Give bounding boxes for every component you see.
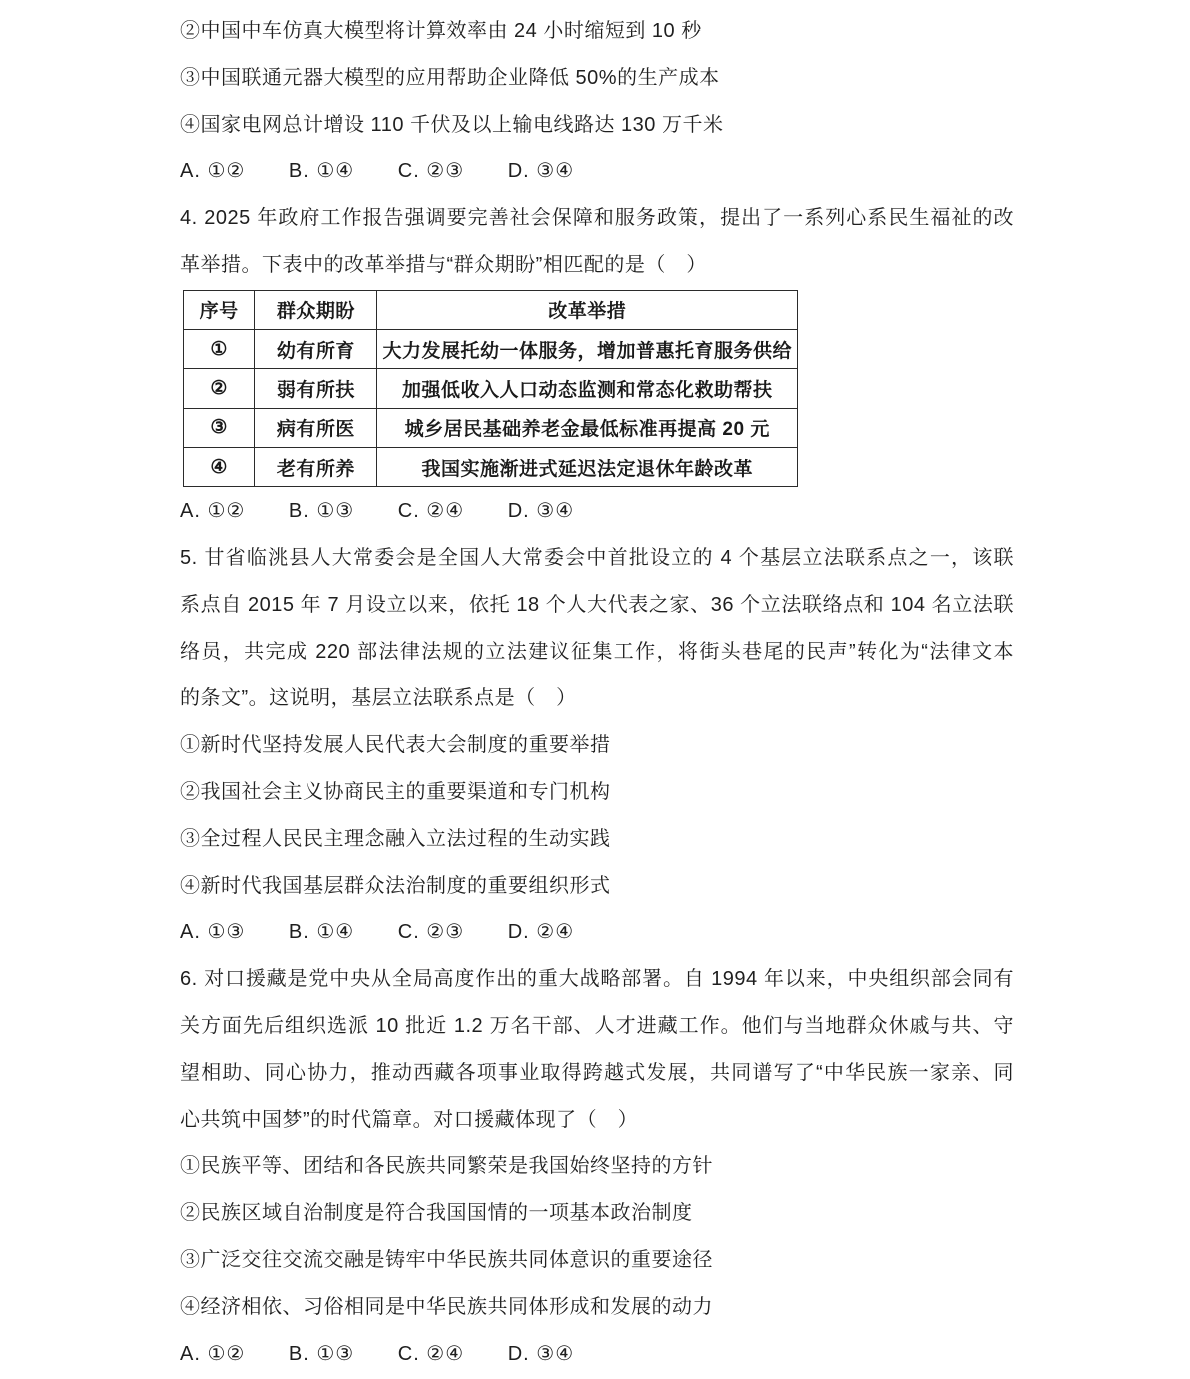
q4-options-row: A. ①② B. ①③ C. ②④ D. ③④ [180, 488, 1014, 535]
statement-line: ②我国社会主义协商民主的重要渠道和专门机构 [180, 769, 1014, 816]
q6-options-row: A. ①② B. ①③ C. ②④ D. ③④ [180, 1331, 1014, 1378]
table-cell: ③ [184, 408, 255, 447]
option-item: C. ②④ [398, 1331, 464, 1378]
table-cell: 幼有所育 [255, 330, 377, 369]
table-cell: 病有所医 [255, 408, 377, 447]
question-stem-line: 络员，共完成 220 部法律法规的立法建议征集工作，将街头巷尾的民声”转化为“法… [180, 629, 1014, 676]
question-stem-line: 5. 甘省临洮县人大常委会是全国人大常委会中首批设立的 4 个基层立法联系点之一… [180, 535, 1014, 582]
table-cell: 老有所养 [255, 447, 377, 486]
q3-options-row: A. ①② B. ①④ C. ②③ D. ③④ [180, 148, 1014, 195]
statement-line: ④经济相依、习俗相同是中华民族共同体形成和发展的动力 [180, 1284, 1014, 1331]
q5-options-row: A. ①③ B. ①④ C. ②③ D. ②④ [180, 909, 1014, 956]
option-item: A. ①② [180, 1331, 245, 1378]
question-stem-line: 望相助、同心协力，推动西藏各项事业取得跨越式发展，共同谱写了“中华民族一家亲、同 [180, 1050, 1014, 1097]
table-header-cell: 改革举措 [377, 290, 798, 329]
exam-page: ②中国中车仿真大模型将计算效率由 24 小时缩短到 10 秒 ③中国联通元器大模… [0, 0, 1190, 1379]
statement-line: ③全过程人民民主理念融入立法过程的生动实践 [180, 816, 1014, 863]
question-stem-line: 6. 对口援藏是党中央从全局高度作出的重大战略部署。自 1994 年以来，中央组… [180, 956, 1014, 1003]
statement-line: ①新时代坚持发展人民代表大会制度的重要举措 [180, 722, 1014, 769]
statement-line: ④新时代我国基层群众法治制度的重要组织形式 [180, 863, 1014, 910]
option-item: C. ②④ [398, 488, 464, 535]
question-stem-line: 心共筑中国梦”的时代篇章。对口援藏体现了（ ） [180, 1097, 1014, 1144]
option-item: C. ②③ [398, 909, 464, 956]
statement-line: ①民族平等、团结和各民族共同繁荣是我国始终坚持的方针 [180, 1143, 1014, 1190]
option-item: B. ①③ [289, 488, 354, 535]
table-cell: 我国实施渐进式延迟法定退休年龄改革 [377, 447, 798, 486]
option-item: D. ③④ [508, 1331, 574, 1378]
option-item: D. ③④ [508, 488, 574, 535]
table-header-cell: 群众期盼 [255, 290, 377, 329]
table-cell: ② [184, 369, 255, 408]
reform-measures-table: 序号 群众期盼 改革举措 ① 幼有所育 大力发展托幼一体服务，增加普惠托育服务供… [183, 290, 798, 487]
table-row: ② 弱有所扶 加强低收入人口动态监测和常态化救助帮扶 [184, 369, 798, 408]
table-header-row: 序号 群众期盼 改革举措 [184, 290, 798, 329]
option-item: A. ①② [180, 148, 245, 195]
statement-line: ④国家电网总计增设 110 千伏及以上输电线路达 130 万千米 [180, 102, 1014, 149]
option-item: D. ②④ [508, 909, 574, 956]
table-header-cell: 序号 [184, 290, 255, 329]
statement-line: ③中国联通元器大模型的应用帮助企业降低 50%的生产成本 [180, 55, 1014, 102]
option-item: B. ①④ [289, 148, 354, 195]
option-item: C. ②③ [398, 148, 464, 195]
question-stem-line: 的条文”。这说明，基层立法联系点是（ ） [180, 675, 1014, 722]
table-cell: 加强低收入人口动态监测和常态化救助帮扶 [377, 369, 798, 408]
question-stem-line: 关方面先后组织选派 10 批近 1.2 万名干部、人才进藏工作。他们与当地群众休… [180, 1003, 1014, 1050]
option-item: B. ①③ [289, 1331, 354, 1378]
option-item: A. ①② [180, 488, 245, 535]
table-cell: 城乡居民基础养老金最低标准再提高 20 元 [377, 408, 798, 447]
question-stem-line: 4. 2025 年政府工作报告强调要完善社会保障和服务政策，提出了一系列心系民生… [180, 195, 1014, 242]
table-row: ④ 老有所养 我国实施渐进式延迟法定退休年龄改革 [184, 447, 798, 486]
statement-line: ②民族区域自治制度是符合我国国情的一项基本政治制度 [180, 1190, 1014, 1237]
question-stem-line: 革举措。下表中的改革举措与“群众期盼”相匹配的是（ ） [180, 242, 1014, 289]
table-row: ③ 病有所医 城乡居民基础养老金最低标准再提高 20 元 [184, 408, 798, 447]
option-item: A. ①③ [180, 909, 245, 956]
table-cell: 弱有所扶 [255, 369, 377, 408]
option-item: D. ③④ [508, 148, 574, 195]
statement-line: ③广泛交往交流交融是铸牢中华民族共同体意识的重要途径 [180, 1237, 1014, 1284]
table-cell: 大力发展托幼一体服务，增加普惠托育服务供给 [377, 330, 798, 369]
table-row: ① 幼有所育 大力发展托幼一体服务，增加普惠托育服务供给 [184, 330, 798, 369]
option-item: B. ①④ [289, 909, 354, 956]
table-cell: ④ [184, 447, 255, 486]
statement-line: ②中国中车仿真大模型将计算效率由 24 小时缩短到 10 秒 [180, 8, 1014, 55]
question-stem-line: 系点自 2015 年 7 月设立以来，依托 18 个人大代表之家、36 个立法联… [180, 582, 1014, 629]
table-cell: ① [184, 330, 255, 369]
